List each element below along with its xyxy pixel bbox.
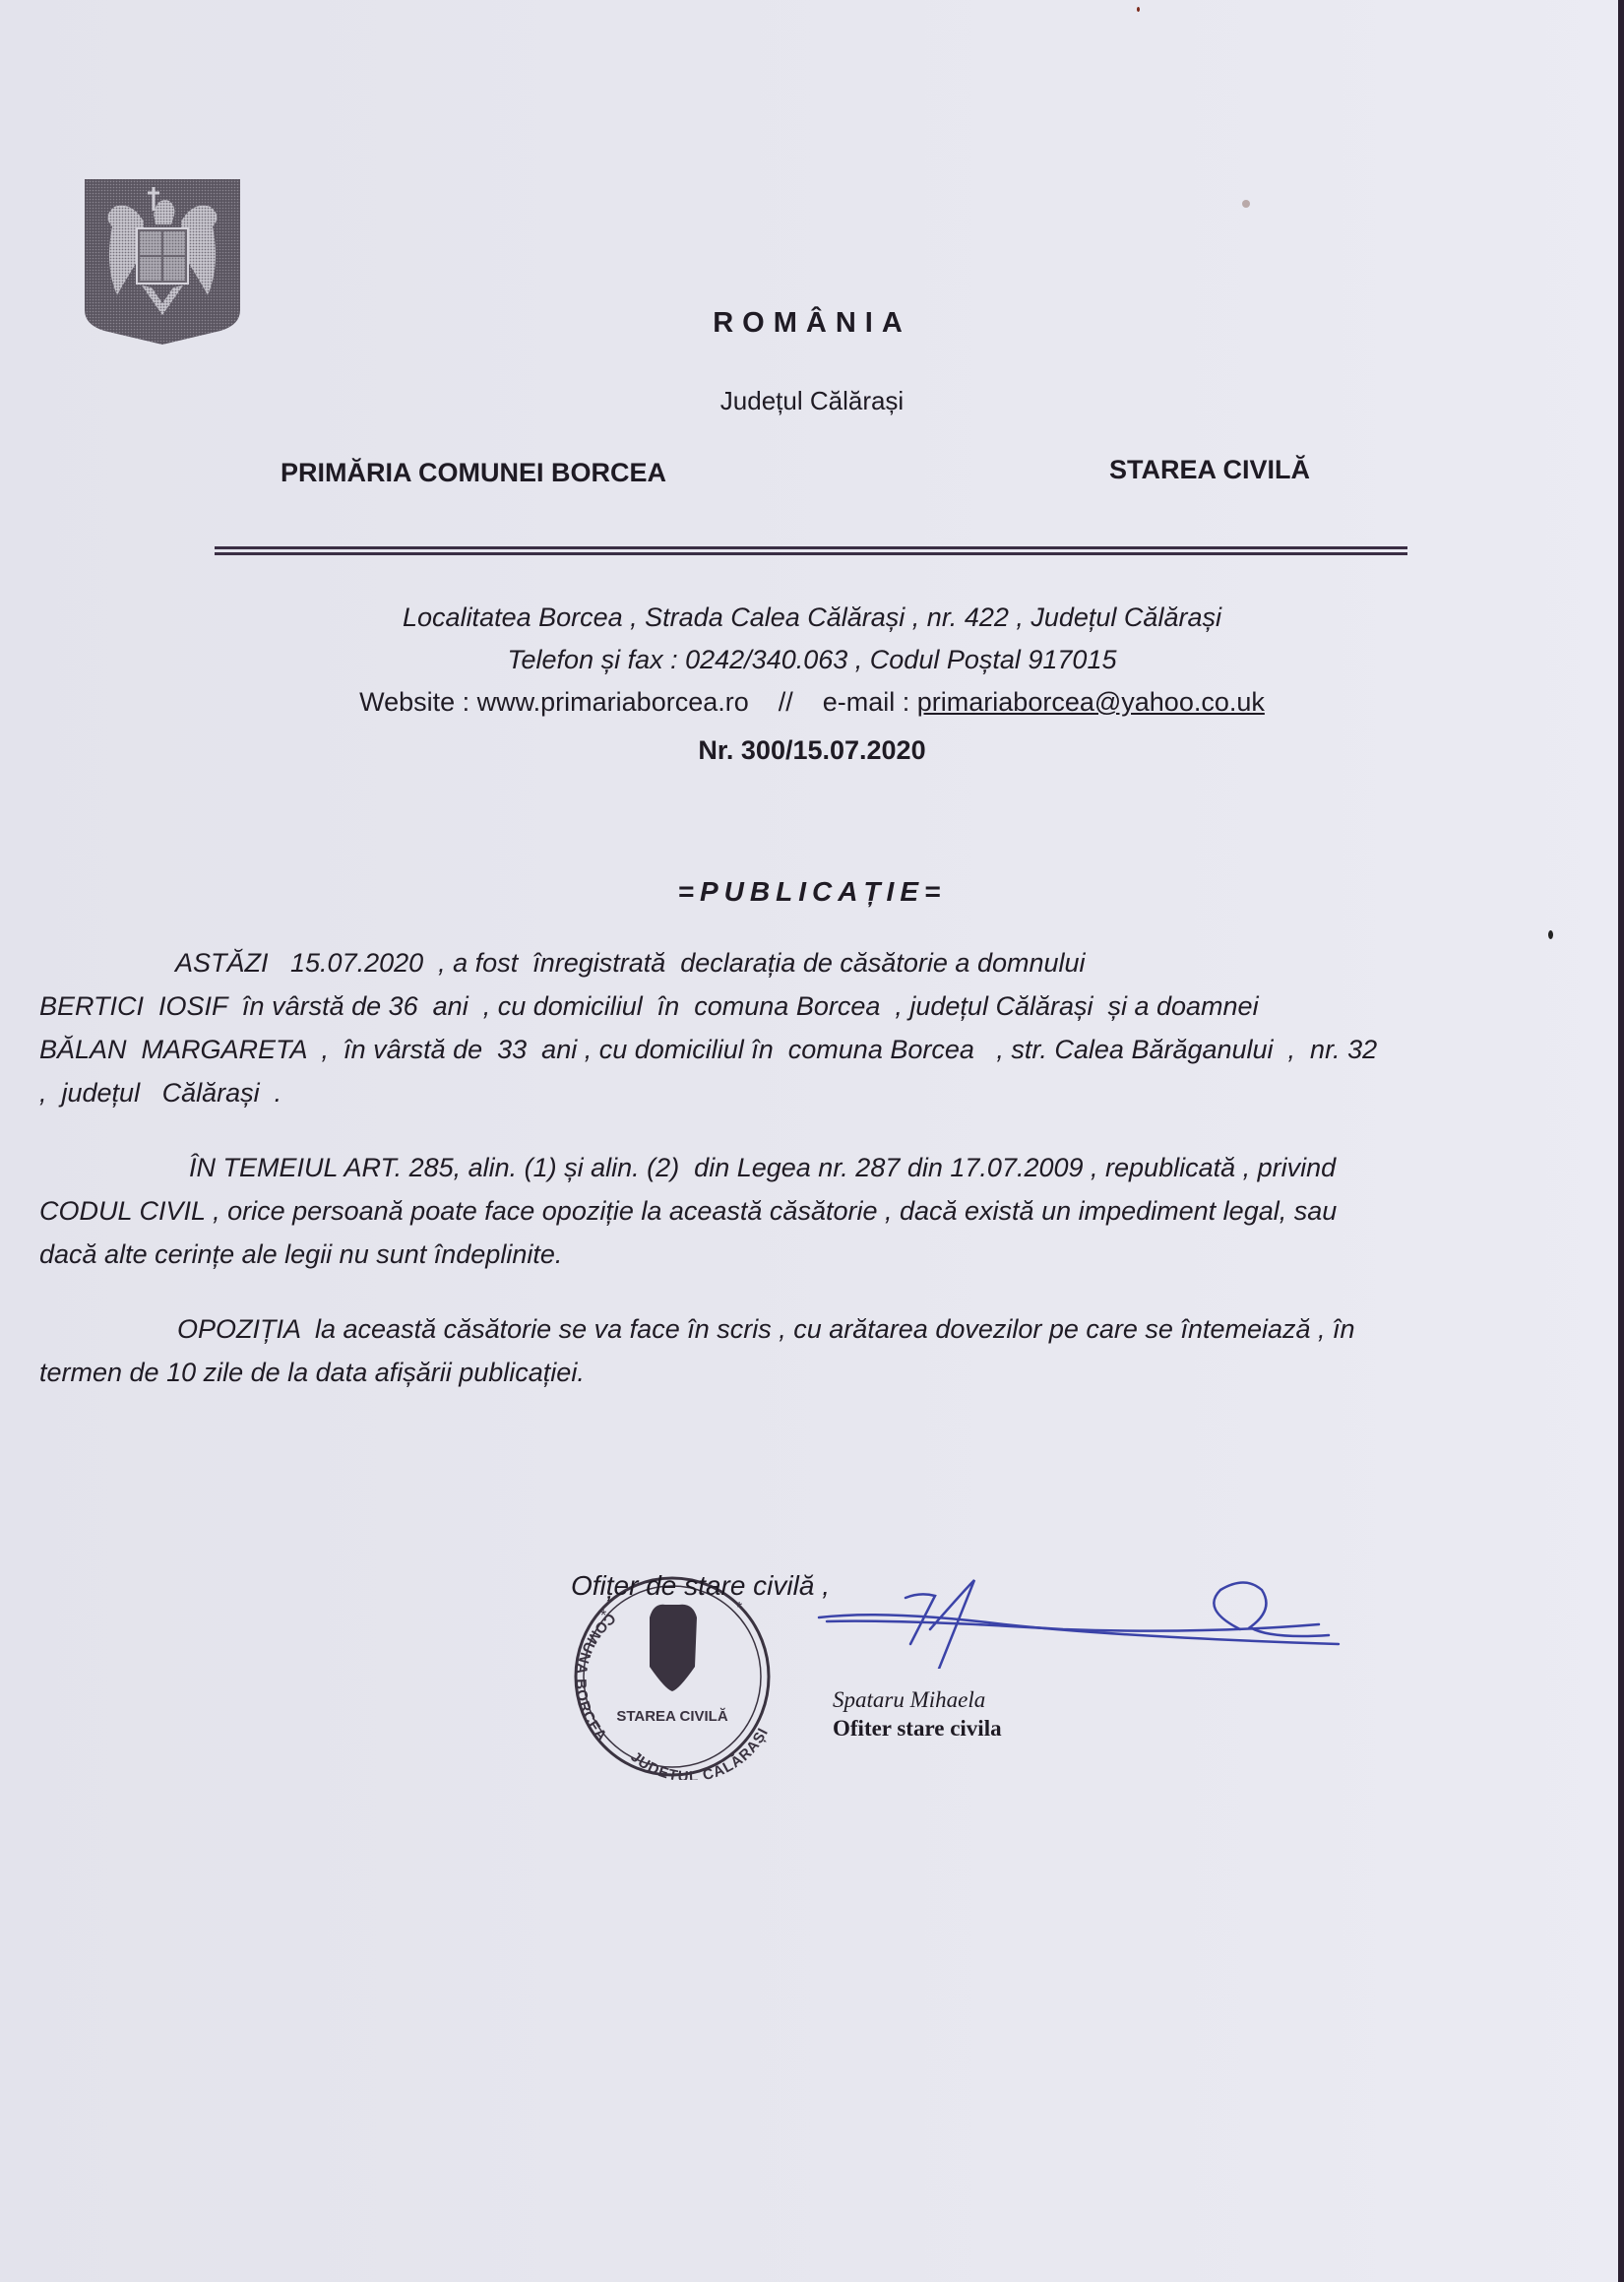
text-line: dacă alte cerințe ale legii nu sunt înde… [39, 1233, 1516, 1276]
officer-name: Spataru Mihaela [833, 1687, 985, 1713]
reference-number: Nr. 300/15.07.2020 [0, 735, 1624, 766]
phone-line: Telefon și fax : 0242/340.063 , Codul Po… [0, 645, 1624, 675]
text-line: termen de 10 zile de la data afișării pu… [39, 1351, 1516, 1394]
text-line: ASTĂZI 15.07.2020 , a fost înregistrată … [39, 941, 1516, 984]
paragraph-legal-basis: ÎN TEMEIUL ART. 285, alin. (1) și alin. … [39, 1146, 1516, 1276]
officer-title: Ofiter stare civila [833, 1716, 1002, 1742]
paragraph-declaration: ASTĂZI 15.07.2020 , a fost înregistrată … [39, 941, 1516, 1114]
header-divider [215, 546, 1407, 549]
county-heading: Județul Călărași [0, 386, 1624, 416]
svg-text:*: * [736, 1600, 742, 1616]
paragraph-opposition: OPOZIȚIA la această căsătorie se va face… [39, 1307, 1516, 1394]
svg-text:STAREA CIVILĂ: STAREA CIVILĂ [616, 1708, 728, 1725]
scan-speck [1548, 930, 1553, 939]
email-link[interactable]: primariaborcea@yahoo.co.uk [917, 687, 1265, 717]
scan-speck [1242, 200, 1250, 208]
scan-edge [1618, 0, 1624, 2282]
department-name: STAREA CIVILĂ [1109, 455, 1310, 485]
text-line: BERTICI IOSIF în vârstă de 36 ani , cu d… [39, 984, 1516, 1028]
text-line: CODUL CIVIL , orice persoană poate face … [39, 1189, 1516, 1233]
website-email-line: Website : www.primariaborcea.ro // e-mai… [0, 687, 1624, 718]
svg-text:COMUNA BORCEA: COMUNA BORCEA [572, 1610, 618, 1745]
text-line: BĂLAN MARGARETA , în vârstă de 33 ani , … [39, 1028, 1516, 1071]
svg-text:*: * [600, 1608, 606, 1624]
website-label: Website : www.primariaborcea.ro // e-mai… [359, 687, 917, 717]
handwritten-signature [807, 1570, 1343, 1669]
text-line: OPOZIȚIA la această căsătorie se va face… [39, 1307, 1516, 1351]
scan-speck [1137, 7, 1140, 12]
country-heading: ROMÂNIA [0, 307, 1624, 340]
institution-name: PRIMĂRIA COMUNEI BORCEA [281, 458, 666, 488]
document-title: =PUBLICAȚIE= [0, 876, 1624, 908]
text-line: , județul Călărași . [39, 1071, 1516, 1114]
text-line: ÎN TEMEIUL ART. 285, alin. (1) și alin. … [39, 1146, 1516, 1189]
official-stamp: COMUNA BORCEA JUDEȚUL CĂLĂRAȘI * * STARE… [571, 1573, 773, 1780]
stamp-ring-text-left: COMUNA BORCEA [572, 1610, 618, 1745]
address-line: Localitatea Borcea , Strada Calea Călăra… [0, 602, 1624, 633]
signature-label: Ofițer de stare civilă , [571, 1570, 830, 1602]
header-divider-second [215, 552, 1407, 555]
